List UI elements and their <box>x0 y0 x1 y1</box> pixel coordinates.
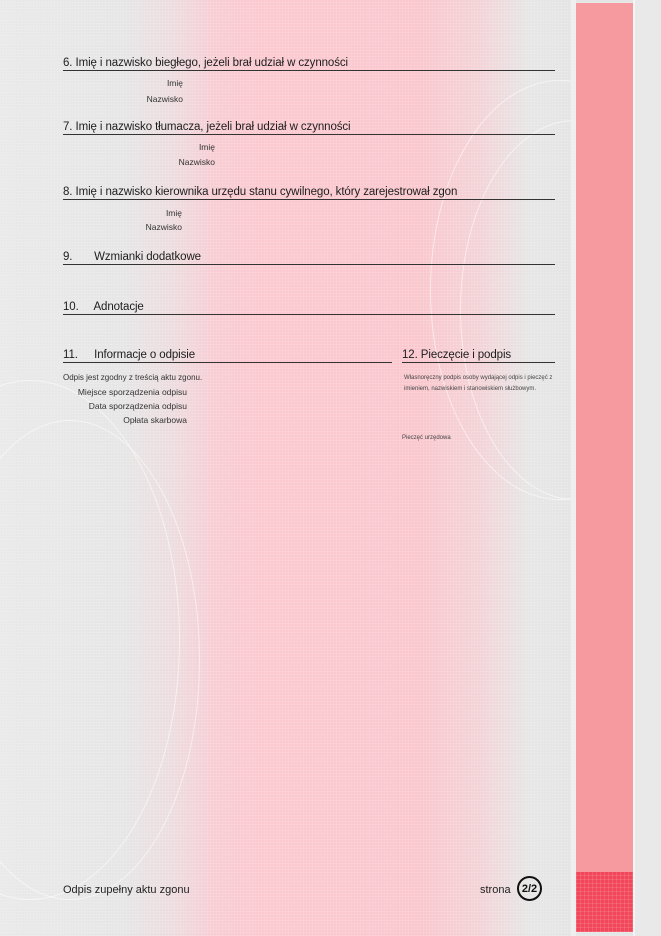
section-title: Informacje o odpisie <box>94 349 195 361</box>
signature-note: Własnoręczny podpis osoby wydającej odpi… <box>404 373 556 395</box>
section-number: 8. <box>63 186 72 198</box>
field-label-last-name: Nazwisko <box>125 222 182 232</box>
field-label-stamp-duty: Opłata skarbowa <box>63 415 187 425</box>
section-number: 12. <box>402 349 418 361</box>
security-stripe <box>576 3 633 932</box>
section-7-heading: 7. Imię i nazwisko tłumacza, jeżeli brał… <box>63 121 555 135</box>
background-texture <box>0 0 661 936</box>
section-title: Imię i nazwisko kierownika urzędu stanu … <box>76 186 458 198</box>
document-title: Odpis zupełny aktu zgonu <box>63 884 190 896</box>
section-8-heading: 8. Imię i nazwisko kierownika urzędu sta… <box>63 186 555 200</box>
section-10-heading: 10. Adnotacje <box>63 301 555 315</box>
section-number: 7. <box>63 121 72 133</box>
field-label-copy-date: Data sporządzenia odpisu <box>63 401 187 411</box>
section-12-heading: 12. Pieczęcie i podpis <box>402 349 555 363</box>
background-guilloche <box>0 420 200 900</box>
section-title: Wzmianki dodatkowe <box>94 251 201 263</box>
section-title: Imię i nazwisko biegłego, jeżeli brał ud… <box>76 57 348 69</box>
section-number: 11. <box>63 349 91 361</box>
section-title: Adnotacje <box>93 301 143 313</box>
section-number: 10. <box>63 301 91 313</box>
background-guilloche <box>0 380 180 900</box>
section-title: Imię i nazwisko tłumacza, jeżeli brał ud… <box>76 121 351 133</box>
field-label-last-name: Nazwisko <box>130 94 183 104</box>
field-label-first-name: Imię <box>130 78 183 88</box>
field-label-first-name: Imię <box>160 142 215 152</box>
field-label-last-name: Nazwisko <box>160 157 215 167</box>
official-stamp-label: Pieczęć urzędowa <box>402 433 451 444</box>
page-label: strona <box>480 884 511 896</box>
field-label-copy-place: Miejsce sporządzenia odpisu <box>63 387 187 397</box>
section-number: 6. <box>63 57 72 69</box>
page-number-badge: 2/2 <box>517 876 542 901</box>
section-11-heading: 11. Informacje o odpisie <box>63 349 392 363</box>
right-margin <box>633 0 661 936</box>
section-number: 9. <box>63 251 91 263</box>
security-stripe-block <box>576 872 633 932</box>
copy-conformity-statement: Odpis jest zgodny z treścią aktu zgonu. <box>63 373 202 382</box>
section-6-heading: 6. Imię i nazwisko biegłego, jeżeli brał… <box>63 57 555 71</box>
field-label-first-name: Imię <box>125 208 182 218</box>
section-title: Pieczęcie i podpis <box>421 349 511 361</box>
section-9-heading: 9. Wzmianki dodatkowe <box>63 251 555 265</box>
